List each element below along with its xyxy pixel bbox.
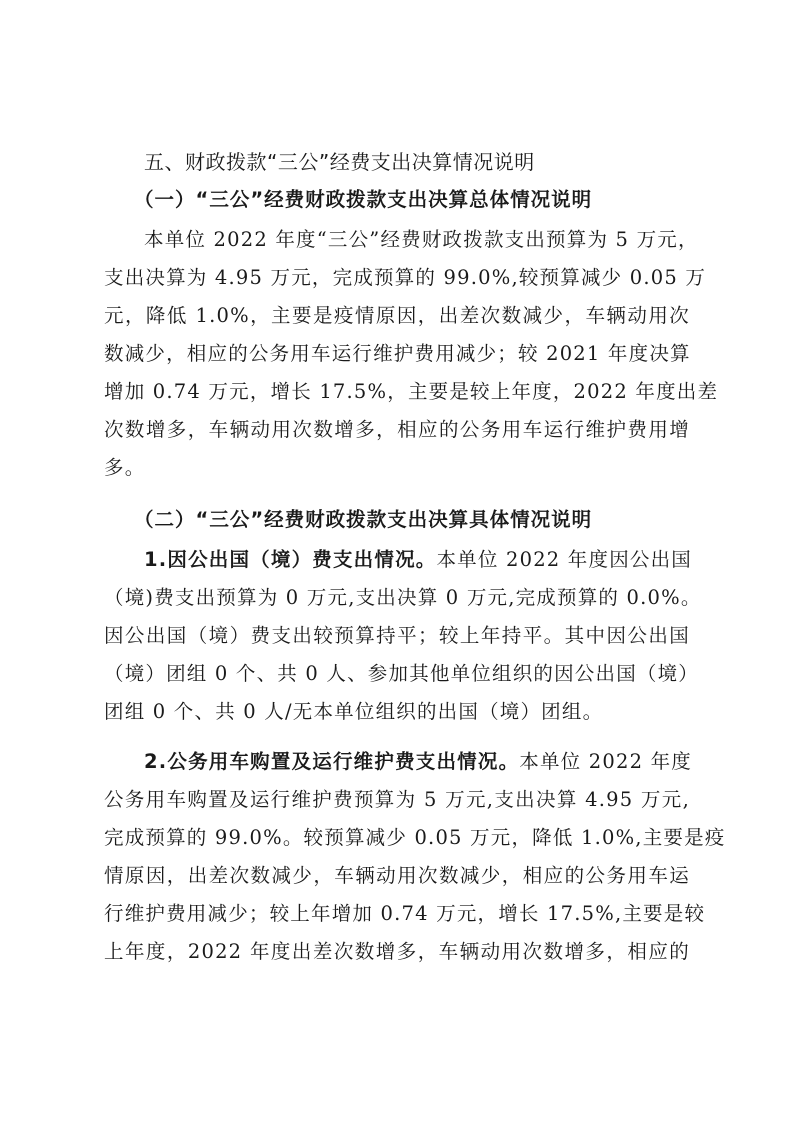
paragraph-line: 支出决算为 4.95 万元，完成预算的 99.0%,较预算减少 0.05 万: [104, 265, 690, 291]
paragraph-line: 元，降低 1.0%，主要是疫情原因，出差次数减少，车辆动用次: [104, 303, 690, 329]
paragraph-line: 数减少，相应的公务用车运行维护费用减少；较 2021 年度决算: [104, 341, 690, 367]
paragraph-line: 公务用车购置及运行维护费预算为 5 万元,支出决算 4.95 万元,: [104, 787, 690, 813]
paragraph-line: 因公出国（境）费支出较预算持平；较上年持平。其中因公出国: [104, 623, 690, 649]
subsection-2-heading: （二）“三公”经费财政拨款支出决算具体情况说明: [104, 507, 690, 533]
paragraph-line: 多。: [104, 455, 690, 481]
paragraph-line: 增加 0.74 万元，增长 17.5%，主要是较上年度，2022 年度出差: [104, 379, 690, 405]
paragraph-line: 次数增多，车辆动用次数增多，相应的公务用车运行维护费用增: [104, 417, 690, 443]
section-title: 五、财政拨款“三公”经费支出决算情况说明: [104, 149, 690, 175]
item-1-text: 本单位 2022 年度因公出国: [436, 548, 692, 571]
paragraph-line: （境）团组 0 个、共 0 人、参加其他单位组织的因公出国（境）: [104, 661, 690, 687]
item-2-first-line: 2.公务用车购置及运行维护费支出情况。本单位 2022 年度: [104, 749, 690, 775]
paragraph-line: 完成预算的 99.0%。较预算减少 0.05 万元，降低 1.0%,主要是疫: [104, 825, 690, 851]
paragraph-line: 本单位 2022 年度“三公”经费财政拨款支出预算为 5 万元，: [104, 227, 690, 253]
item-1-first-line: 1.因公出国（境）费支出情况。本单位 2022 年度因公出国: [104, 547, 690, 573]
subsection-1-heading: （一）“三公”经费财政拨款支出决算总体情况说明: [104, 187, 690, 213]
paragraph-line: 上年度，2022 年度出差次数增多，车辆动用次数增多，相应的: [104, 939, 690, 965]
paragraph-line: 团组 0 个、共 0 人/无本单位组织的出国（境）团组。: [104, 699, 690, 725]
item-2-text: 本单位 2022 年度: [519, 750, 692, 773]
paragraph-line: 情原因，出差次数减少，车辆动用次数减少，相应的公务用车运: [104, 863, 690, 889]
paragraph-line: （境)费支出预算为 0 万元,支出决算 0 万元,完成预算的 0.0%。: [104, 585, 690, 611]
paragraph-line: 行维护费用减少；较上年增加 0.74 万元，增长 17.5%,主要是较: [104, 901, 690, 927]
item-1-label: 1.因公出国（境）费支出情况。: [144, 548, 436, 571]
item-2-label: 2.公务用车购置及运行维护费支出情况。: [144, 750, 519, 773]
